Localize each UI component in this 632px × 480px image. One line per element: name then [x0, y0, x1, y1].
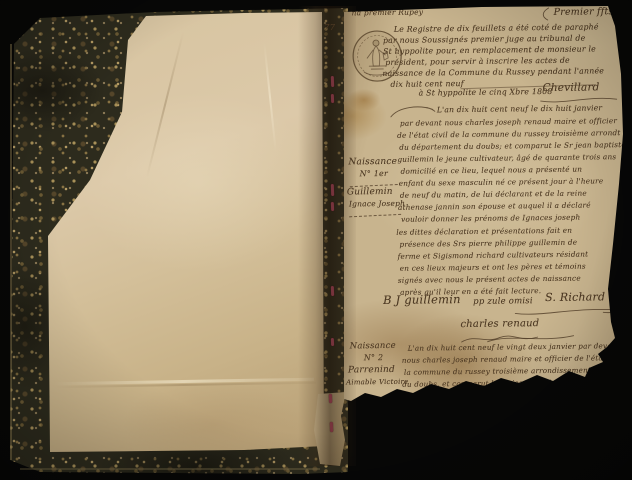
stitch-thread: [331, 286, 334, 296]
register-line: la commune du russey troisième arrondiss…: [404, 366, 632, 376]
paper-fold: [54, 378, 314, 386]
archival-register-scan: na premier Rupey Premier ffts Le Registr…: [0, 0, 632, 480]
margin-note: Naissance: [348, 158, 397, 168]
header-line: naissance de la Commune du Russey pendan…: [382, 67, 604, 78]
margin-note: Naissance: [350, 342, 396, 351]
register-line: du département du doubs; et comparut le …: [399, 141, 626, 151]
register-line: guillemin le jeune cultivateur, âgé de q…: [397, 153, 616, 163]
register-line: du doubs, et comparut le Sr joseph la ja…: [402, 379, 580, 388]
mayor-signature: charles renaud: [460, 319, 539, 330]
register-line: de l'état civil de la commune du russey …: [397, 129, 620, 139]
header-line: par nous Soussignés premier juge au trib…: [383, 35, 586, 45]
register-line: nous charles joseph renaud maire et offi…: [402, 354, 632, 364]
header-note-right: Premier ffts: [554, 7, 614, 17]
register-line: ferme et Sigismond richard cultivateurs …: [398, 250, 589, 260]
margin-note: Parrenind: [348, 366, 395, 376]
stitch-thread: [331, 184, 334, 196]
margin-note: N° 1er: [360, 170, 389, 178]
register-line: par devant nous charles joseph renaud ma…: [400, 117, 617, 127]
handwriting-layer: na premier Rupey Premier ffts Le Registr…: [342, 1, 631, 408]
signature-flourish-icon: [513, 304, 623, 317]
margin-note: Guillemin: [347, 188, 393, 198]
register-line: domicilié en ce lieu, lequel nous a prés…: [401, 166, 583, 176]
margin-note: N° 2: [364, 354, 384, 362]
paper-crease: [263, 42, 276, 152]
register-line: L'an dix huit cent neuf le vingt deux ja…: [408, 342, 620, 352]
witness-signature: S. Richard: [545, 291, 605, 303]
register-line: athenase jannin son épouse et auquel il …: [398, 201, 591, 211]
header-line: Le Registre de dix feuillets a été coté …: [394, 23, 599, 33]
stitch-thread: [330, 422, 333, 432]
stitch-thread: [329, 394, 332, 403]
register-line: présence des Srs pierre philippe guillem…: [399, 239, 577, 248]
stitch-thread: [331, 94, 334, 103]
cover-edge-highlight: [20, 468, 320, 470]
cover-edge-highlight: [10, 44, 12, 460]
underline-squiggle: [349, 211, 401, 217]
register-line: de neuf du matin, de lui déclarant et de…: [400, 190, 587, 200]
folio-number: 77: [324, 24, 335, 33]
register-line: L'an dix huit cent neuf le dix huit janv…: [437, 104, 603, 114]
paren-flourish-icon: [538, 6, 552, 22]
register-line: les dittes déclaration et présentations …: [396, 227, 572, 236]
witness-signature: B J guillemin: [383, 294, 461, 306]
paper-crease: [146, 32, 184, 178]
header-note-left: na premier Rupey: [352, 8, 424, 16]
register-line: vouloir donner les prénoms de Ignaces jo…: [401, 214, 580, 223]
standing-figure-stamp-icon: [350, 28, 405, 85]
margin-note: Aimable Victoire: [346, 379, 408, 387]
header-line: St hyppolite pour, en remplacement de mo…: [383, 45, 596, 55]
stitch-thread: [331, 202, 334, 211]
header-line: président, pour servir à inscrire les ac…: [385, 57, 570, 67]
stitch-thread: [331, 76, 334, 87]
register-page: na premier Rupey Premier ffts Le Registr…: [342, 4, 626, 408]
register-line: enfant du sexe masculin né ce présent jo…: [399, 177, 604, 187]
margin-note: Ignace Joseph: [349, 200, 405, 208]
judge-signature: Chevillard: [542, 82, 599, 93]
register-line: en ces lieux majeurs et ont les pères et…: [400, 263, 586, 273]
header-dateline: à St hyppolite le cinq Xbre 1808: [419, 88, 553, 97]
register-line: signés avec nous le présent actes de nai…: [398, 275, 581, 285]
stitch-thread: [331, 338, 334, 346]
paper-fold-shadow: [54, 382, 316, 389]
